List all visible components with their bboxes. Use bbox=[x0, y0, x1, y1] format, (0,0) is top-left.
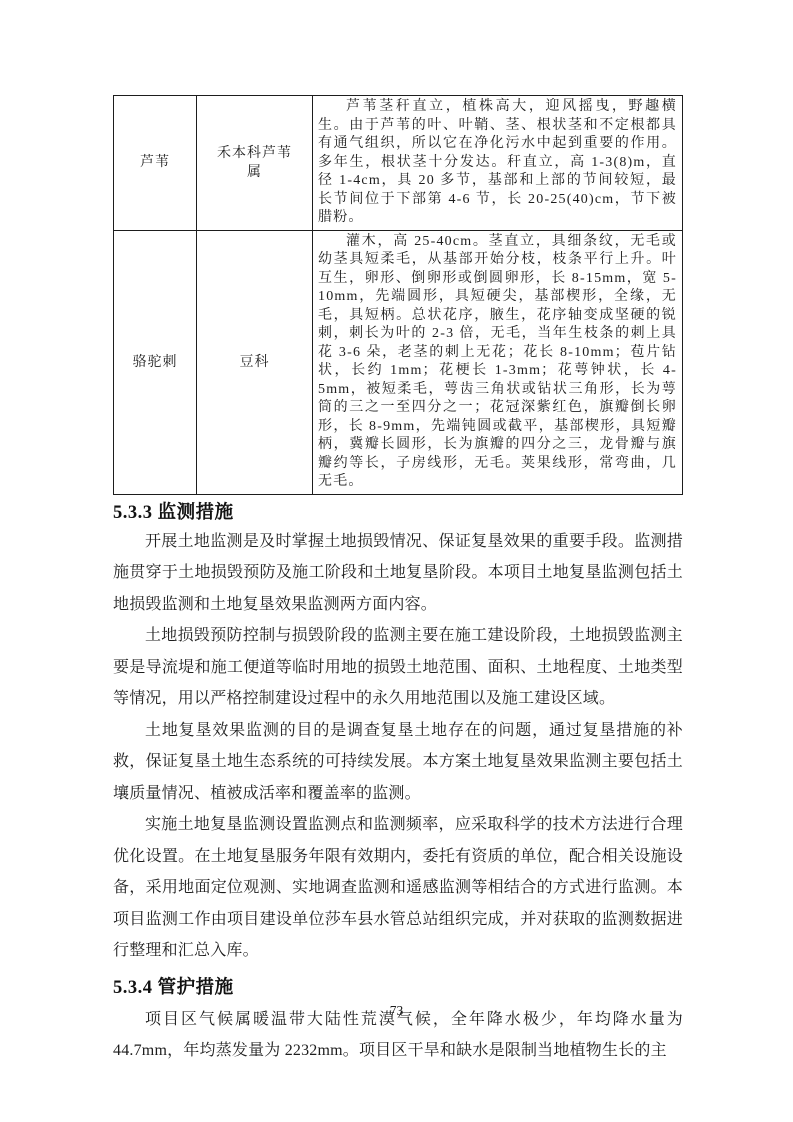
page-number: 73 bbox=[0, 1003, 793, 1019]
species-description-table: 芦苇 禾本科芦苇属 芦苇茎秆直立，植株高大，迎风摇曳，野趣横生。由于芦苇的叶、叶… bbox=[113, 95, 683, 495]
body-paragraph: 开展土地监测是及时掌握土地损毁情况、保证复垦效果的重要手段。监测措施贯穿于土地损… bbox=[113, 526, 683, 621]
plant-description-cell: 芦苇茎秆直立，植株高大，迎风摇曳，野趣横生。由于芦苇的叶、叶鞘、茎、根状茎和不定… bbox=[313, 96, 683, 231]
body-paragraph: 实施土地复垦监测设置监测点和监测频率，应采取科学的技术方法进行合理优化设置。在土… bbox=[113, 809, 683, 967]
table-row-luwei: 芦苇 禾本科芦苇属 芦苇茎秆直立，植株高大，迎风摇曳，野趣横生。由于芦苇的叶、叶… bbox=[114, 96, 683, 231]
plant-name-cell: 骆驼刺 bbox=[114, 230, 197, 494]
page-content: 芦苇 禾本科芦苇属 芦苇茎秆直立，植株高大，迎风摇曳，野趣横生。由于芦苇的叶、叶… bbox=[113, 95, 683, 1067]
plant-name-cell: 芦苇 bbox=[114, 96, 197, 231]
plant-description-text: 芦苇茎秆直立，植株高大，迎风摇曳，野趣横生。由于芦苇的叶、叶鞘、茎、根状茎和不定… bbox=[318, 98, 677, 228]
table-row-luotuoci: 骆驼刺 豆科 灌木，高 25-40cm。茎直立，具细条纹，无毛或幼茎具短柔毛，从… bbox=[114, 230, 683, 494]
body-paragraph: 土地复垦效果监测的目的是调查复垦土地存在的问题，通过复垦措施的补救，保证复垦土地… bbox=[113, 715, 683, 810]
section-heading-533: 5.3.3 监测措施 bbox=[113, 500, 683, 526]
plant-description-cell: 灌木，高 25-40cm。茎直立，具细条纹，无毛或幼茎具短柔毛，从基部开始分枝，… bbox=[313, 230, 683, 494]
document-page: 芦苇 禾本科芦苇属 芦苇茎秆直立，植株高大，迎风摇曳，野趣横生。由于芦苇的叶、叶… bbox=[0, 0, 793, 1122]
body-paragraph: 土地损毁预防控制与损毁阶段的监测主要在施工建设阶段，土地损毁监测主要是导流堤和施… bbox=[113, 620, 683, 715]
section-heading-534: 5.3.4 管护措施 bbox=[113, 975, 683, 1001]
plant-description-text: 灌木，高 25-40cm。茎直立，具细条纹，无毛或幼茎具短柔毛，从基部开始分枝，… bbox=[318, 233, 677, 492]
plant-family-cell: 豆科 bbox=[197, 230, 313, 494]
plant-family-cell: 禾本科芦苇属 bbox=[197, 96, 313, 231]
